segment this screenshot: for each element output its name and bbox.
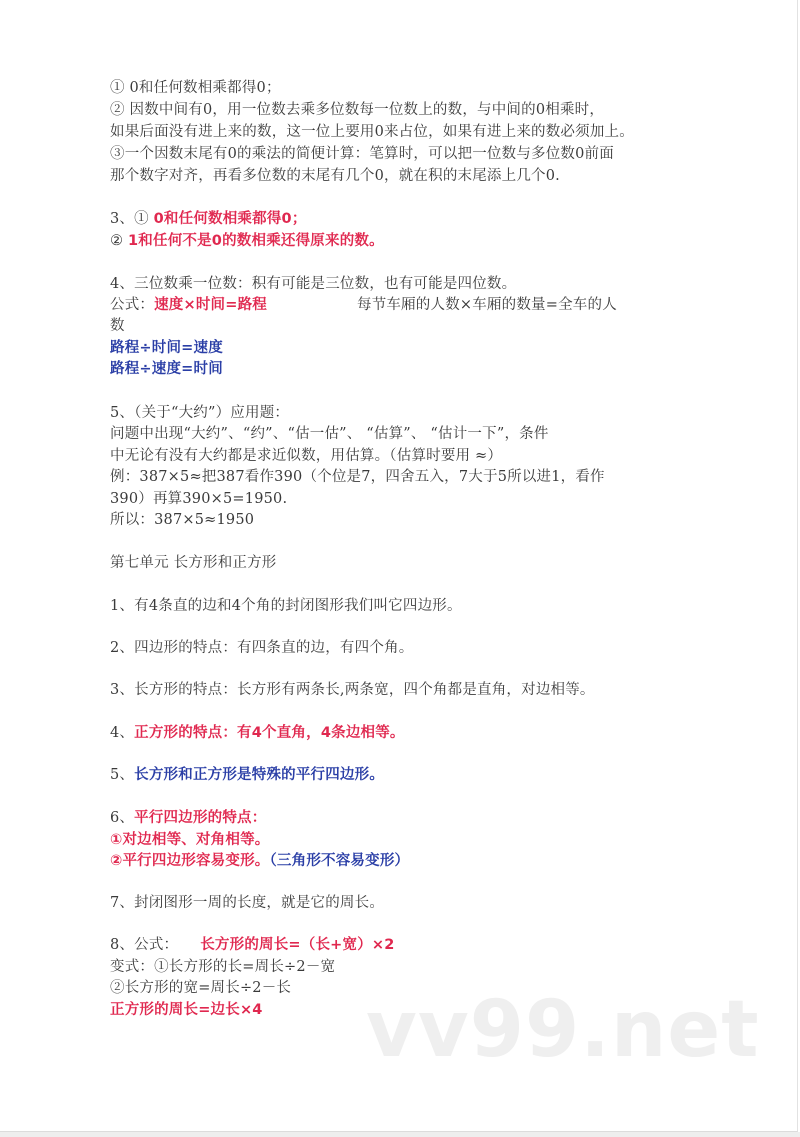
rule-trailing-zero-cont: 那个数字对齐，再看多位数的末尾有几个0，就在积的末尾添上几个0. xyxy=(110,166,560,186)
item3-prefix: 3、① xyxy=(110,211,154,227)
rule-zero-times: ① 0和任何数相乘都得0； xyxy=(110,78,281,98)
unit7-point4: 4、正方形的特点：有4个直角，4条边相等。 xyxy=(110,723,405,743)
unit7-point7: 7、封闭图形一周的长度，就是它的周长。 xyxy=(110,893,384,913)
time-derived-formula: 路程÷速度=时间 xyxy=(110,359,223,379)
parallelogram-property1: ①对边相等、对角相等。 xyxy=(110,830,269,850)
formula-label: 公式： xyxy=(110,297,154,313)
item5-line2: 中无论有没有大约都是求近似数，用估算。（估算时要用 ≈） xyxy=(110,446,502,466)
passenger-formula-wrap: 数 xyxy=(110,316,125,336)
item4-formula-line: 公式：速度×时间=路程 xyxy=(110,295,267,315)
document-page: ① 0和任何数相乘都得0； ② 因数中间有0，用一位数去乘多位数每一位数上的数，… xyxy=(0,0,798,1132)
item3-prefix2: ② xyxy=(110,233,128,249)
square-properties: 正方形的特点：有4个直角，4条边相等。 xyxy=(134,725,404,741)
unit7-title: 第七单元 长方形和正方形 xyxy=(110,553,277,573)
rule-trailing-zero: ③一个因数末尾有0的乘法的简便计算：笔算时，可以把一位数与多位数0前面 xyxy=(110,144,614,164)
rectangle-length-variant: 变式：①长方形的长=周长÷2－宽 xyxy=(110,957,335,977)
rule-middle-zero-cont: 如果后面没有进上来的数，这一位上要用0来占位，如果有进上来的数必须加上。 xyxy=(110,122,634,142)
parallelogram-property2: ②平行四边形容易变形。 xyxy=(110,853,269,869)
item3-line1: 3、① 0和任何数相乘都得0； xyxy=(110,209,307,229)
rectangle-width-variant: ②长方形的宽=周长÷2－长 xyxy=(110,978,291,998)
rule-middle-zero: ② 因数中间有0，用一位数去乘多位数每一位数上的数，与中间的0相乘时， xyxy=(110,100,604,120)
item3-rule-zero: 0和任何数相乘都得0； xyxy=(154,211,307,227)
watermark: vv99.net xyxy=(366,990,760,1070)
item5-conclusion: 所以：387×5≈1950 xyxy=(110,510,254,530)
point5-prefix: 5、 xyxy=(110,767,134,783)
unit7-point6: 6、平行四边形的特点： xyxy=(110,808,266,828)
item3-line2: ② 1和任何不是0的数相乘还得原来的数。 xyxy=(110,231,384,251)
item5-heading: 5、（关于“大约”）应用题： xyxy=(110,403,289,423)
special-parallelogram-note: 长方形和正方形是特殊的平行四边形。 xyxy=(134,767,384,783)
square-perimeter-formula: 正方形的周长=边长×4 xyxy=(110,1000,263,1020)
passenger-formula: 每节车厢的人数×车厢的数量=全车的人 xyxy=(357,295,617,315)
speed-derived-formula: 路程÷时间=速度 xyxy=(110,338,223,358)
unit7-point3: 3、长方形的特点：长方形有两条长,两条宽，四个角都是直角，对边相等。 xyxy=(110,680,595,700)
point8-prefix: 8、公式： xyxy=(110,937,178,953)
parallelogram-heading: 平行四边形的特点： xyxy=(134,810,266,826)
unit7-point1: 1、有4条直的边和4个角的封闭图形我们叫它四边形。 xyxy=(110,596,462,616)
unit7-point8: 8、公式：长方形的周长=（长+宽）×2 xyxy=(110,935,395,955)
item5-example: 例：387×5≈把387看作390（个位是7，四舍五入，7大于5所以进1，看作 xyxy=(110,467,605,487)
unit7-point2: 2、四边形的特点：有四条直的边，有四个角。 xyxy=(110,638,413,658)
rectangle-perimeter-formula: 长方形的周长=（长+宽）×2 xyxy=(200,937,394,953)
item5-line1: 问题中出现“大约”、“约”、“估一估”、 “估算”、 “估计一下”，条件 xyxy=(110,424,549,444)
unit7-point5: 5、长方形和正方形是特殊的平行四边形。 xyxy=(110,765,384,785)
triangle-note: （三角形不容易变形） xyxy=(269,853,409,869)
item3-rule-one: 1和任何不是0的数相乘还得原来的数。 xyxy=(128,233,384,249)
point6-prefix: 6、 xyxy=(110,810,134,826)
point4-prefix: 4、 xyxy=(110,725,134,741)
speed-formula: 速度×时间=路程 xyxy=(154,297,267,313)
item4-heading: 4、三位数乘一位数：积有可能是三位数，也有可能是四位数。 xyxy=(110,274,516,294)
item5-example-cont: 390）再算390×5=1950. xyxy=(110,489,287,509)
page-bottom-edge xyxy=(0,1132,800,1137)
parallelogram-property2-line: ②平行四边形容易变形。（三角形不容易变形） xyxy=(110,851,409,871)
